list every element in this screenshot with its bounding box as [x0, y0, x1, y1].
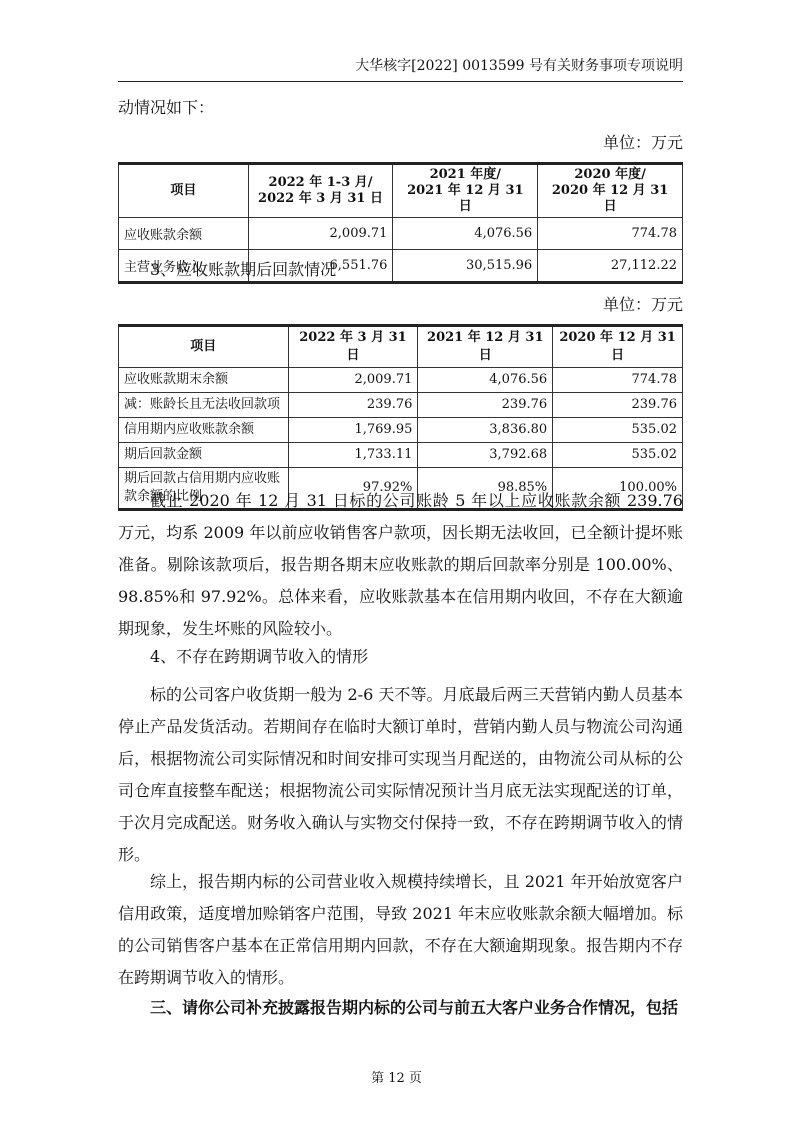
cell-value: 239.76: [553, 393, 683, 418]
table-row: 信用期内应收账款余额 1,769.95 3,836.80 535.02: [119, 418, 683, 443]
cell-value: 4,076.56: [418, 368, 553, 393]
table-row: 减：账龄长且无法收回款项 239.76 239.76 239.76: [119, 393, 683, 418]
cell-value: 3,836.80: [418, 418, 553, 443]
row-label: 减：账龄长且无法收回款项: [119, 393, 289, 418]
header-cell: 2022 年 1-3 月/2022 年 3 月 31 日: [248, 164, 393, 218]
row-label: 应收账款期末余额: [119, 368, 289, 393]
cell-value: 1,769.95: [288, 418, 418, 443]
cell-value: 535.02: [553, 418, 683, 443]
paragraph-summary: 综上，报告期内标的公司营业收入规模持续增长，且 2021 年开始放宽客户信用政策…: [118, 866, 683, 994]
header-cell: 项目: [119, 164, 249, 218]
cell-value: 2,009.71: [248, 218, 393, 250]
cell-value: 239.76: [288, 393, 418, 418]
table-header-row: 项目 2022 年 1-3 月/2022 年 3 月 31 日 2021 年度/…: [119, 164, 683, 218]
row-label: 信用期内应收账款余额: [119, 418, 289, 443]
table-row: 应收账款余额 2,009.71 4,076.56 774.78: [119, 218, 683, 250]
page-number: 第 12 页: [0, 1067, 793, 1086]
header-cell: 项目: [119, 326, 289, 368]
table-row: 应收账款期末余额 2,009.71 4,076.56 774.78: [119, 368, 683, 393]
table-header-row: 项目 2022 年 3 月 31 日 2021 年 12 月 31 日 2020…: [119, 326, 683, 368]
intro-line: 动情况如下：: [118, 92, 683, 124]
header-cell: 2020 年度/2020 年 12 月 31 日: [538, 164, 683, 218]
cell-value: 4,076.56: [393, 218, 538, 250]
cell-value: 774.78: [553, 368, 683, 393]
section-4-title: 4、不存在跨期调节收入的情形: [118, 641, 683, 673]
collection-table: 项目 2022 年 3 月 31 日 2021 年 12 月 31 日 2020…: [118, 324, 683, 511]
cell-value: 3,792.68: [418, 443, 553, 468]
cell-value: 774.78: [538, 218, 683, 250]
table-row: 期后回款金额 1,733.11 3,792.68 535.02: [119, 443, 683, 468]
row-label: 应收账款余额: [119, 218, 249, 250]
paragraph-delivery: 标的公司客户收货期一般为 2-6 天不等。月底最后两三天营销内勤人员基本停止产品…: [118, 679, 683, 871]
header-cell: 2021 年 12 月 31 日: [418, 326, 553, 368]
document-header: 大华核字[2022] 0013599 号有关财务事项专项说明: [118, 55, 683, 82]
cell-value: 239.76: [418, 393, 553, 418]
section-heading-3: 三、请你公司补充披露报告期内标的公司与前五大客户业务合作情况，包括: [118, 992, 683, 1024]
cell-value: 2,009.71: [288, 368, 418, 393]
header-cell: 2020 年 12 月 31 日: [553, 326, 683, 368]
table2-unit: 单位：万元: [603, 292, 683, 315]
cell-value: 535.02: [553, 443, 683, 468]
paragraph-bad-debt: 截止 2020 年 12 月 31 日标的公司账龄 5 年以上应收账款余额 23…: [118, 485, 683, 645]
cell-value: 1,733.11: [288, 443, 418, 468]
header-cell: 2022 年 3 月 31 日: [288, 326, 418, 368]
row-label: 期后回款金额: [119, 443, 289, 468]
header-cell: 2021 年度/2021 年 12 月 31 日: [393, 164, 538, 218]
table1-unit: 单位：万元: [603, 130, 683, 153]
section-3-title: 3、应收账款期后回款情况: [118, 254, 683, 286]
